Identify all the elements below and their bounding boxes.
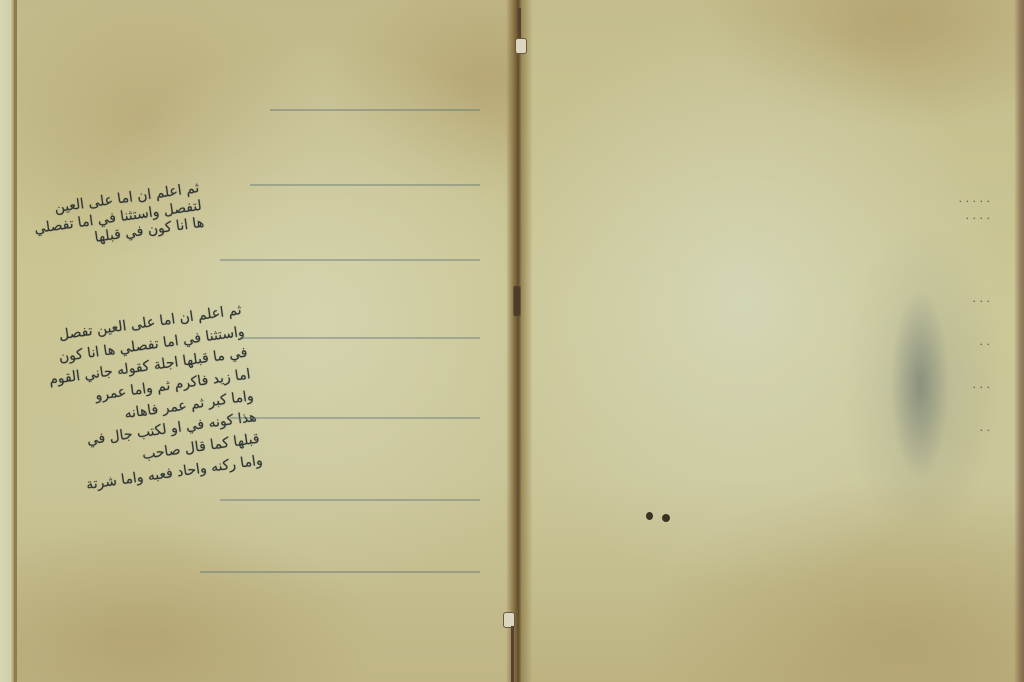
script-line: · · · · · — [840, 195, 990, 208]
faded-line — [230, 403, 480, 419]
marginal-annotation-2: ثم اعلم ان اما على العين تفصل واستثنا في… — [12, 300, 264, 504]
script-line: · · — [840, 338, 990, 351]
script-line: · · · · — [840, 212, 990, 225]
faded-line — [270, 95, 480, 111]
faded-line — [220, 485, 480, 501]
faded-line — [220, 245, 480, 261]
binding-thread — [518, 8, 521, 40]
right-page-script: · · · · · · · · · · · · · · · · · · · — [840, 195, 990, 441]
script-line: · · — [840, 424, 990, 437]
ink-spot — [646, 512, 653, 520]
binding-stitch — [513, 285, 521, 317]
script-line: · · · — [840, 295, 990, 308]
manuscript-photo: ثم اعلم ان اما على العين لتفصل واستثنا ف… — [0, 0, 1024, 682]
binding-thread — [511, 626, 514, 682]
book-spine — [506, 0, 532, 682]
faded-line — [250, 170, 480, 186]
binding-stitch — [515, 38, 527, 54]
faded-line — [200, 557, 480, 573]
ink-spot — [662, 514, 670, 522]
script-line: · · · — [840, 381, 990, 394]
faded-line — [240, 323, 480, 339]
page-edge — [1014, 0, 1024, 682]
